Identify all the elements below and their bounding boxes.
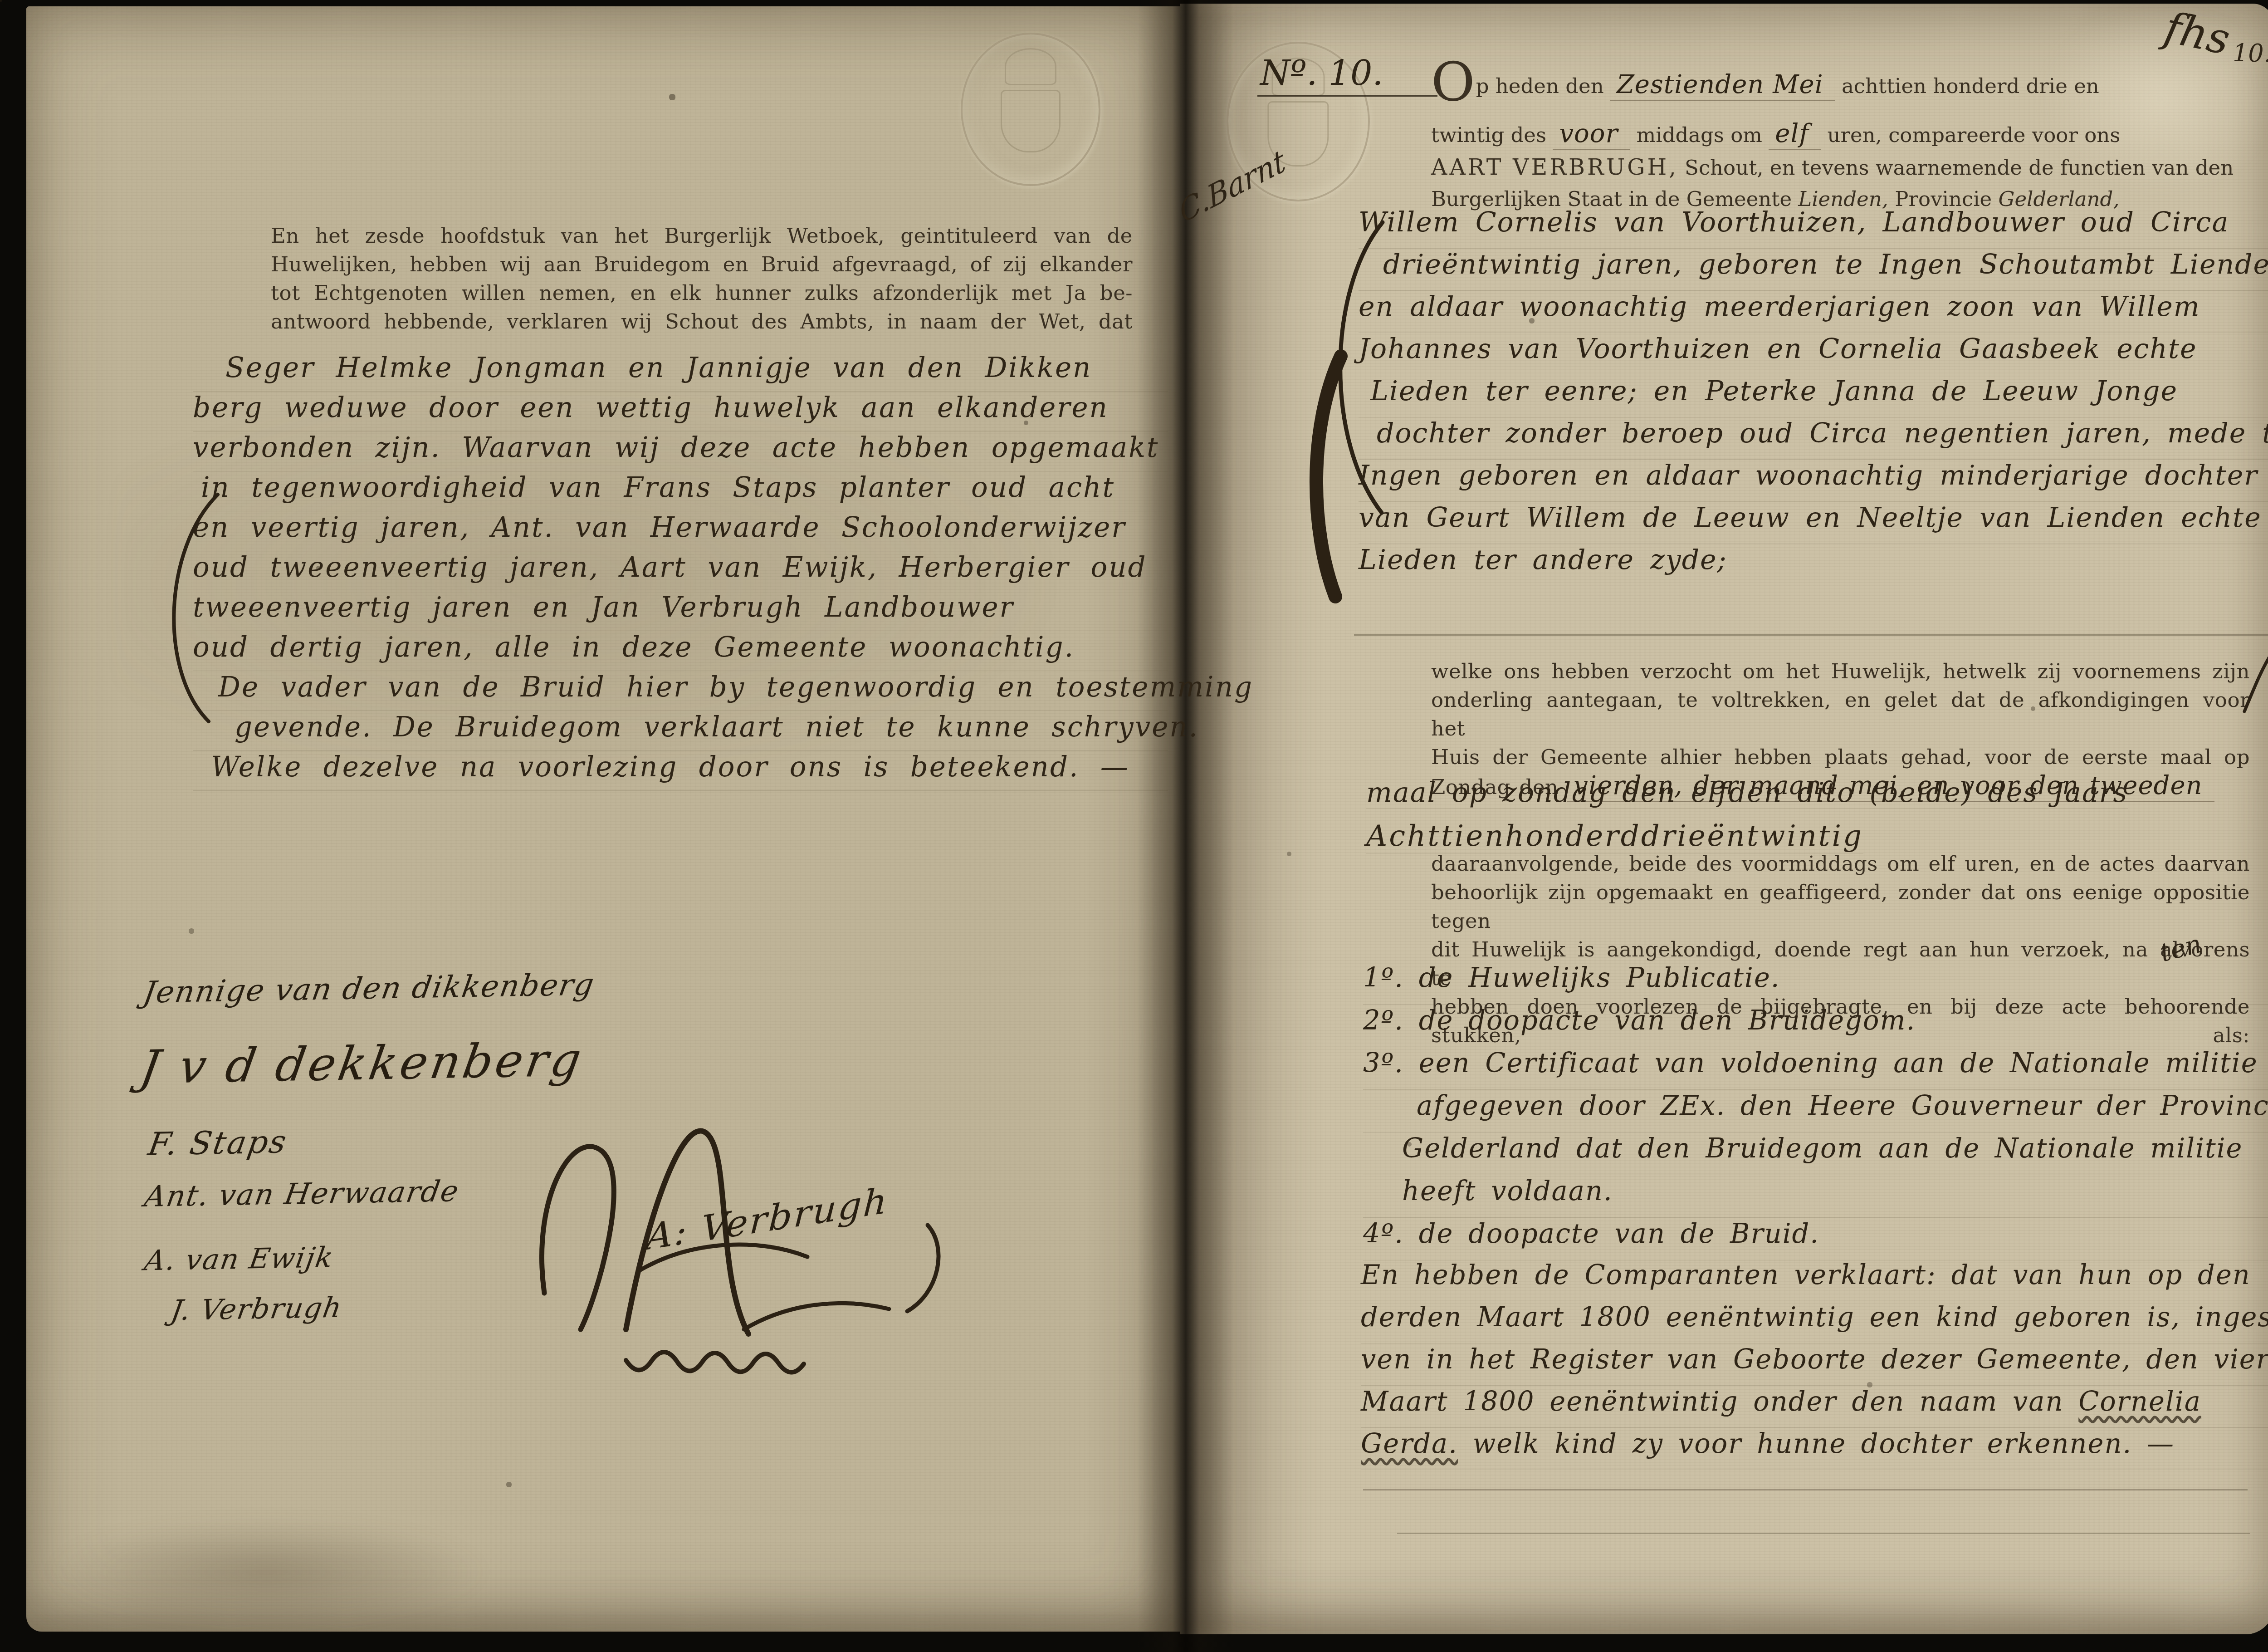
margin-slash [2240, 649, 2268, 717]
section-rule [1354, 634, 2268, 636]
printed-line: tot Echtgenoten willen nemen, en elk hun… [271, 279, 1133, 307]
printed-segment: Schout, en tevens waarnemende de functie… [1685, 156, 2234, 180]
child-name-second: Gerda. [1361, 1428, 1458, 1459]
handwritten-fill-date: Zestienden Mei [1610, 70, 1835, 101]
intro-line-2: twintig des voor middags om elf uren, co… [1431, 119, 2120, 148]
printed-segment: uren, compareerde voor ons [1827, 123, 2120, 147]
handwritten-line: Seger Helmke Jongman en Jannigje van den… [193, 352, 1168, 392]
margin-flourish [150, 481, 231, 735]
handwritten-line: maal op zondag den elfden dito (beide) d… [1366, 777, 2128, 809]
handwritten-fill-hour: elf [1769, 119, 1821, 150]
drop-cap: O [1431, 50, 1476, 113]
intro-line-3: AART VERBRUGH, Schout, en tevens waarnem… [1431, 154, 2234, 180]
printed-line: Huis der Gemeente alhier hebben plaats g… [1431, 743, 2250, 771]
child-acknowledgement: En hebben de Comparanten verklaart: dat … [1361, 1259, 2268, 1470]
printed-segment: p heden den [1476, 74, 1604, 98]
handwritten-line: Lieden ter eenre; en Peterke Janna de Le… [1359, 375, 2268, 417]
handwritten-line: Lieden ter andere zyde; [1359, 544, 2268, 586]
handwritten-line: tweeenveertig jaren en Jan Verbrugh Land… [193, 591, 1168, 631]
printed-line: onderling aantegaan, te voltrekken, en g… [1431, 686, 2250, 743]
intro-line-1: Op heden den Zestienden Mei achttien hon… [1431, 68, 2099, 99]
list-item-continuation: afgegeven door ZEx. den Heere Gouverneur… [1363, 1090, 2268, 1132]
signature-staps: F. Staps [146, 1123, 290, 1162]
list-item: 1º. de Huwelijks Publicatie. [1363, 962, 2268, 1005]
handwritten-line: oud tweeenveertig jaren, Aart van Ewijk,… [193, 551, 1168, 591]
printed-segment: twintig des [1431, 123, 1546, 147]
parties-block: Willem Cornelis van Voorthuizen, Landbou… [1359, 206, 2268, 586]
printed-line: Huwelijken, hebben wij aan Bruidegom en … [271, 250, 1133, 279]
handwritten-line: Ingen geboren en aldaar woonachtig minde… [1359, 460, 2268, 502]
handwritten-line: Welke dezelve na voorlezing door ons is … [193, 751, 1168, 791]
register-scan: En het zesde hoofdstuk van het Burgerlij… [0, 0, 2268, 1652]
handwritten-segment: welk kind zy voor hunne dochter erkennen… [1458, 1428, 2175, 1459]
handwritten-line: ven in het Register van Geboorte dezer G… [1361, 1343, 2268, 1386]
printed-segment: middags om [1637, 123, 1762, 147]
bottom-rule [1397, 1533, 2250, 1534]
corner-page-number: 10. [2233, 39, 2268, 68]
handwritten-line: En hebben de Comparanten verklaart: dat … [1361, 1259, 2268, 1301]
handwritten-line: berg weduwe door een wettig huwelyk aan … [193, 392, 1168, 431]
printed-segment: achttien honderd drie en [1842, 74, 2099, 98]
list-item: 4º. de doopacte van de Bruid. [1363, 1218, 2268, 1260]
child-name-first: Cornelia [2078, 1386, 2201, 1417]
handwritten-line: derden Maart 1800 eenëntwintig een kind … [1361, 1301, 2268, 1343]
handwritten-line: en aldaar woonachtig meerderjarigen zoon… [1359, 291, 2268, 333]
left-printed-intro: En het zesde hoofdstuk van het Burgerlij… [271, 221, 1133, 336]
seal-crown-icon [1005, 48, 1056, 85]
handwritten-line: oud dertig jaren, alle in deze Gemeente … [193, 631, 1168, 671]
embossed-seal-left [961, 33, 1100, 186]
handwritten-fill-daypart: voor [1553, 119, 1630, 150]
paper-stain [1180, 4, 1316, 1634]
handwritten-line: dochter zonder beroep oud Circa negentie… [1359, 417, 2268, 460]
handwritten-line: Maart 1800 eenëntwintig onder den naam v… [1361, 1386, 2268, 1428]
foxing-specks [0, 0, 2, 2]
list-item: 3º. een Certificaat van voldoening aan d… [1363, 1047, 2268, 1090]
documents-list: 1º. de Huwelijks Publicatie. 2º. de doop… [1363, 962, 2268, 1260]
printed-line: En het zesde hoofdstuk van het Burgerlij… [271, 221, 1133, 250]
signature-herwaarde: Ant. van Herwaarde [142, 1175, 461, 1214]
printed-line: behoorlijk zijn opgemaakt en geaffigeerd… [1431, 878, 2250, 935]
paper-stain [44, 1517, 489, 1626]
handwritten-line: Johannes van Voorthuizen en Cornelia Gaa… [1359, 333, 2268, 375]
printed-line: welke ons hebben verzocht om het Huwelij… [1431, 657, 2250, 686]
handwritten-line: Gerda. welk kind zy voor hunne dochter e… [1361, 1428, 2268, 1470]
handwritten-segment: Maart 1800 eenëntwintig onder den naam v… [1361, 1386, 2078, 1417]
official-name: AART VERBRUGH, [1431, 154, 1678, 180]
seal-shield-icon [1001, 90, 1061, 152]
left-handwritten-body: Seger Helmke Jongman en Jannigje van den… [193, 352, 1168, 791]
handwritten-line: van Geurt Willem de Leeuw en Neeltje van… [1359, 502, 2268, 544]
handwritten-line: De vader van de Bruid hier by tegenwoord… [193, 671, 1168, 711]
handwritten-line: in tegenwoordigheid van Frans Staps plan… [193, 471, 1168, 511]
signature-j-verbrugh: J. Verbrugh [169, 1291, 345, 1327]
printed-line: daaraanvolgende, beide des voormiddags o… [1431, 849, 2250, 878]
handwritten-line: Willem Cornelis van Voorthuizen, Landbou… [1359, 206, 2268, 249]
handwritten-line: Achttienhonderddrieëntwintig [1366, 819, 1863, 853]
handwritten-line: gevende. De Bruidegom verklaart niet te … [193, 711, 1168, 751]
list-item-continuation: heeft voldaan. [1363, 1175, 2268, 1218]
bottom-rule [1363, 1489, 2248, 1490]
signature-ewijk: A. van Ewijk [142, 1240, 337, 1277]
list-item: 2º. de doopacte van den Bruidegom. [1363, 1005, 2268, 1047]
heavy-ink-stroke [1295, 349, 1364, 603]
handwritten-line: drieëntwintig jaren, geboren te Ingen Sc… [1359, 249, 2268, 291]
act-number: Nº. 10. [1257, 53, 1437, 97]
handwritten-line: verbonden zijn. Waarvan wij deze acte he… [193, 431, 1168, 471]
handwritten-line: en veertig jaren, Ant. van Herwaarde Sch… [193, 511, 1168, 551]
list-item-continuation: Gelderland dat den Bruidegom aan de Nati… [1363, 1132, 2268, 1175]
printed-line: antwoord hebbende, verklaren wij Schout … [271, 307, 1133, 336]
